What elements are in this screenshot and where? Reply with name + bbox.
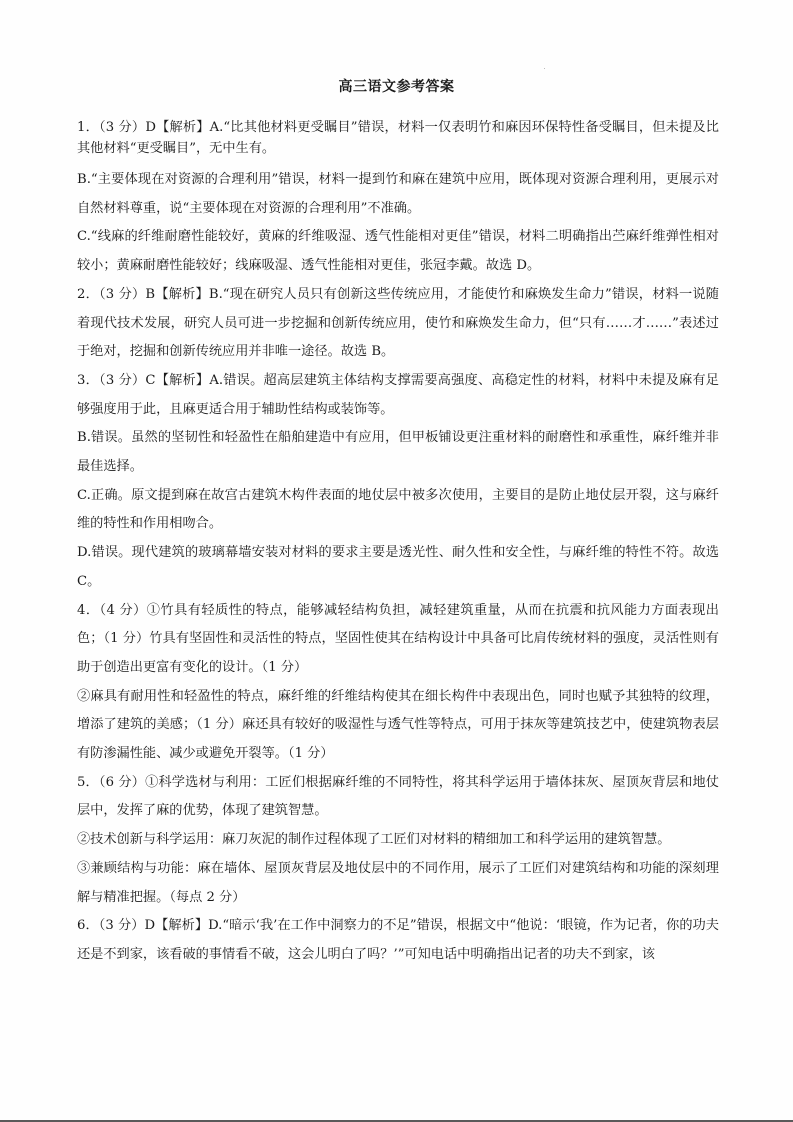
answer-q3-b: B.错误。虽然的坚韧性和轻盈性在船舶建造中有应用，但甲板铺设更注重材料的耐磨性和… — [77, 424, 719, 481]
answer-q4-point-2: ②麻具有耐用性和轻盈性的特点，麻纤维的纤维结构使其在细长构件中表现出色，同时也赋… — [77, 683, 719, 769]
answer-q3-c: C.正确。原文提到麻在故宫古建筑木构件表面的地仗层中被多次使用，主要目的是防止地… — [77, 482, 719, 539]
answer-q1-c: C.“线麻的纤维耐磨性能较好，黄麻的纤维吸湿、透气性能相对更佳”错误，材料二明确… — [77, 223, 719, 280]
document-page: 高三语文参考答案 1．（3 分）D【解析】A.“比其他材料更受瞩目”错误，材料一… — [0, 0, 793, 1120]
document-title: 高三语文参考答案 — [0, 76, 793, 96]
answer-q4-point-1: 4．（4 分）①竹具有轻质性的特点，能够减轻结构负担，减轻建筑重量，从而在抗震和… — [77, 597, 719, 683]
answer-q6: 6．（3 分）D【解析】D.“暗示‘我’在工作中洞察力的不足”错误，根据文中“他… — [77, 912, 719, 969]
answer-body: 1．（3 分）D【解析】A.“比其他材料更受瞩目”错误，材料一仅表明竹和麻因环保… — [77, 117, 719, 970]
answer-q2: 2．（3 分）B【解析】B.“现在研究人员只有创新这些传统应用，才能使竹和麻焕发… — [77, 281, 719, 367]
answer-q1-b: B.“主要体现在对资源的合理利用”错误，材料一提到竹和麻在建筑中应用，既体现对资… — [77, 166, 719, 223]
answer-q5-point-1: 5．（6 分）①科学选材与利用：工匠们根据麻纤维的不同特性，将其科学运用于墙体抹… — [77, 769, 719, 826]
answer-q1-a: 1．（3 分）D【解析】A.“比其他材料更受瞩目”错误，材料一仅表明竹和麻因环保… — [77, 117, 719, 159]
answer-q5-point-2: ②技术创新与科学运用：麻刀灰泥的制作过程体现了工匠们对材料的精细加工和科学运用的… — [77, 826, 719, 855]
answer-q3-a: 3．（3 分）C【解析】A.错误。超高层建筑主体结构支撑需要高强度、高稳定性的材… — [77, 367, 719, 424]
answer-q5-point-3: ③兼顾结构与功能：麻在墙体、屋顶灰背层及地仗层中的不同作用，展示了工匠们对建筑结… — [77, 855, 719, 912]
scan-artifact — [544, 68, 545, 69]
answer-q3-d: D.错误。现代建筑的玻璃幕墙安装对材料的要求主要是透光性、耐久性和安全性，与麻纤… — [77, 539, 719, 596]
